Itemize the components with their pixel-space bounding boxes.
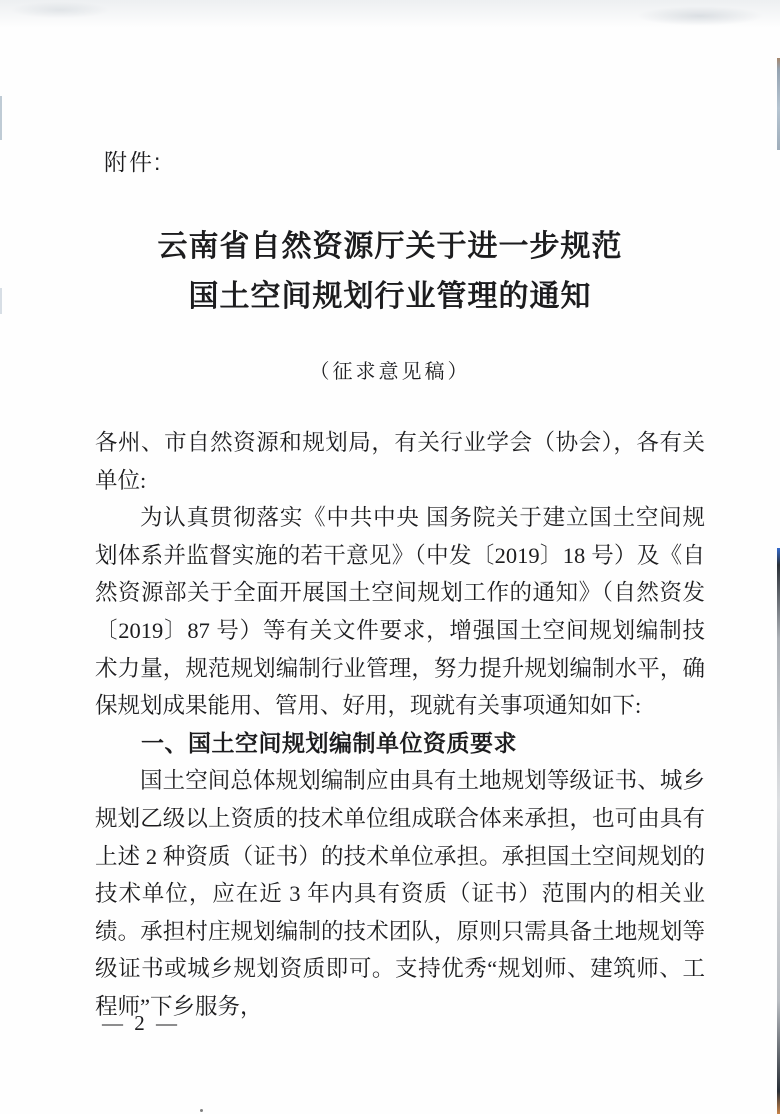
page-number: — 2 — (102, 1008, 180, 1038)
attachment-label: 附件: (104, 148, 162, 176)
document-title: 云南省自然资源厅关于进一步规范 国土空间规划行业管理的通知 (0, 222, 780, 322)
title-line-1: 云南省自然资源厅关于进一步规范 (0, 222, 780, 272)
title-line-2: 国土空间规划行业管理的通知 (0, 272, 780, 322)
salutation: 各州、市自然资源和规划局，有关行业学会（协会），各有关单位: (95, 424, 705, 499)
scanned-document-page: 附件: 云南省自然资源厅关于进一步规范 国土空间规划行业管理的通知 （征求意见稿… (0, 0, 780, 1114)
intro-paragraph: 为认真贯彻落实《中共中央 国务院关于建立国土空间规划体系并监督实施的若干意见》（… (95, 499, 705, 725)
scan-artifact-left-edge (0, 96, 2, 140)
scan-artifact-bottom-dot (200, 1109, 203, 1112)
section-1-heading: 一、国土空间规划编制单位资质要求 (95, 725, 705, 763)
document-body: 各州、市自然资源和规划局，有关行业学会（协会），各有关单位: 为认真贯彻落实《中… (95, 424, 705, 1026)
scan-artifact-top-edge (0, 0, 780, 28)
draft-for-comment-note: （征求意见稿） (0, 356, 780, 388)
section-1-paragraph: 国土空间总体规划编制应由具有土地规划等级证书、城乡规划乙级以上资质的技术单位组成… (95, 762, 705, 1025)
